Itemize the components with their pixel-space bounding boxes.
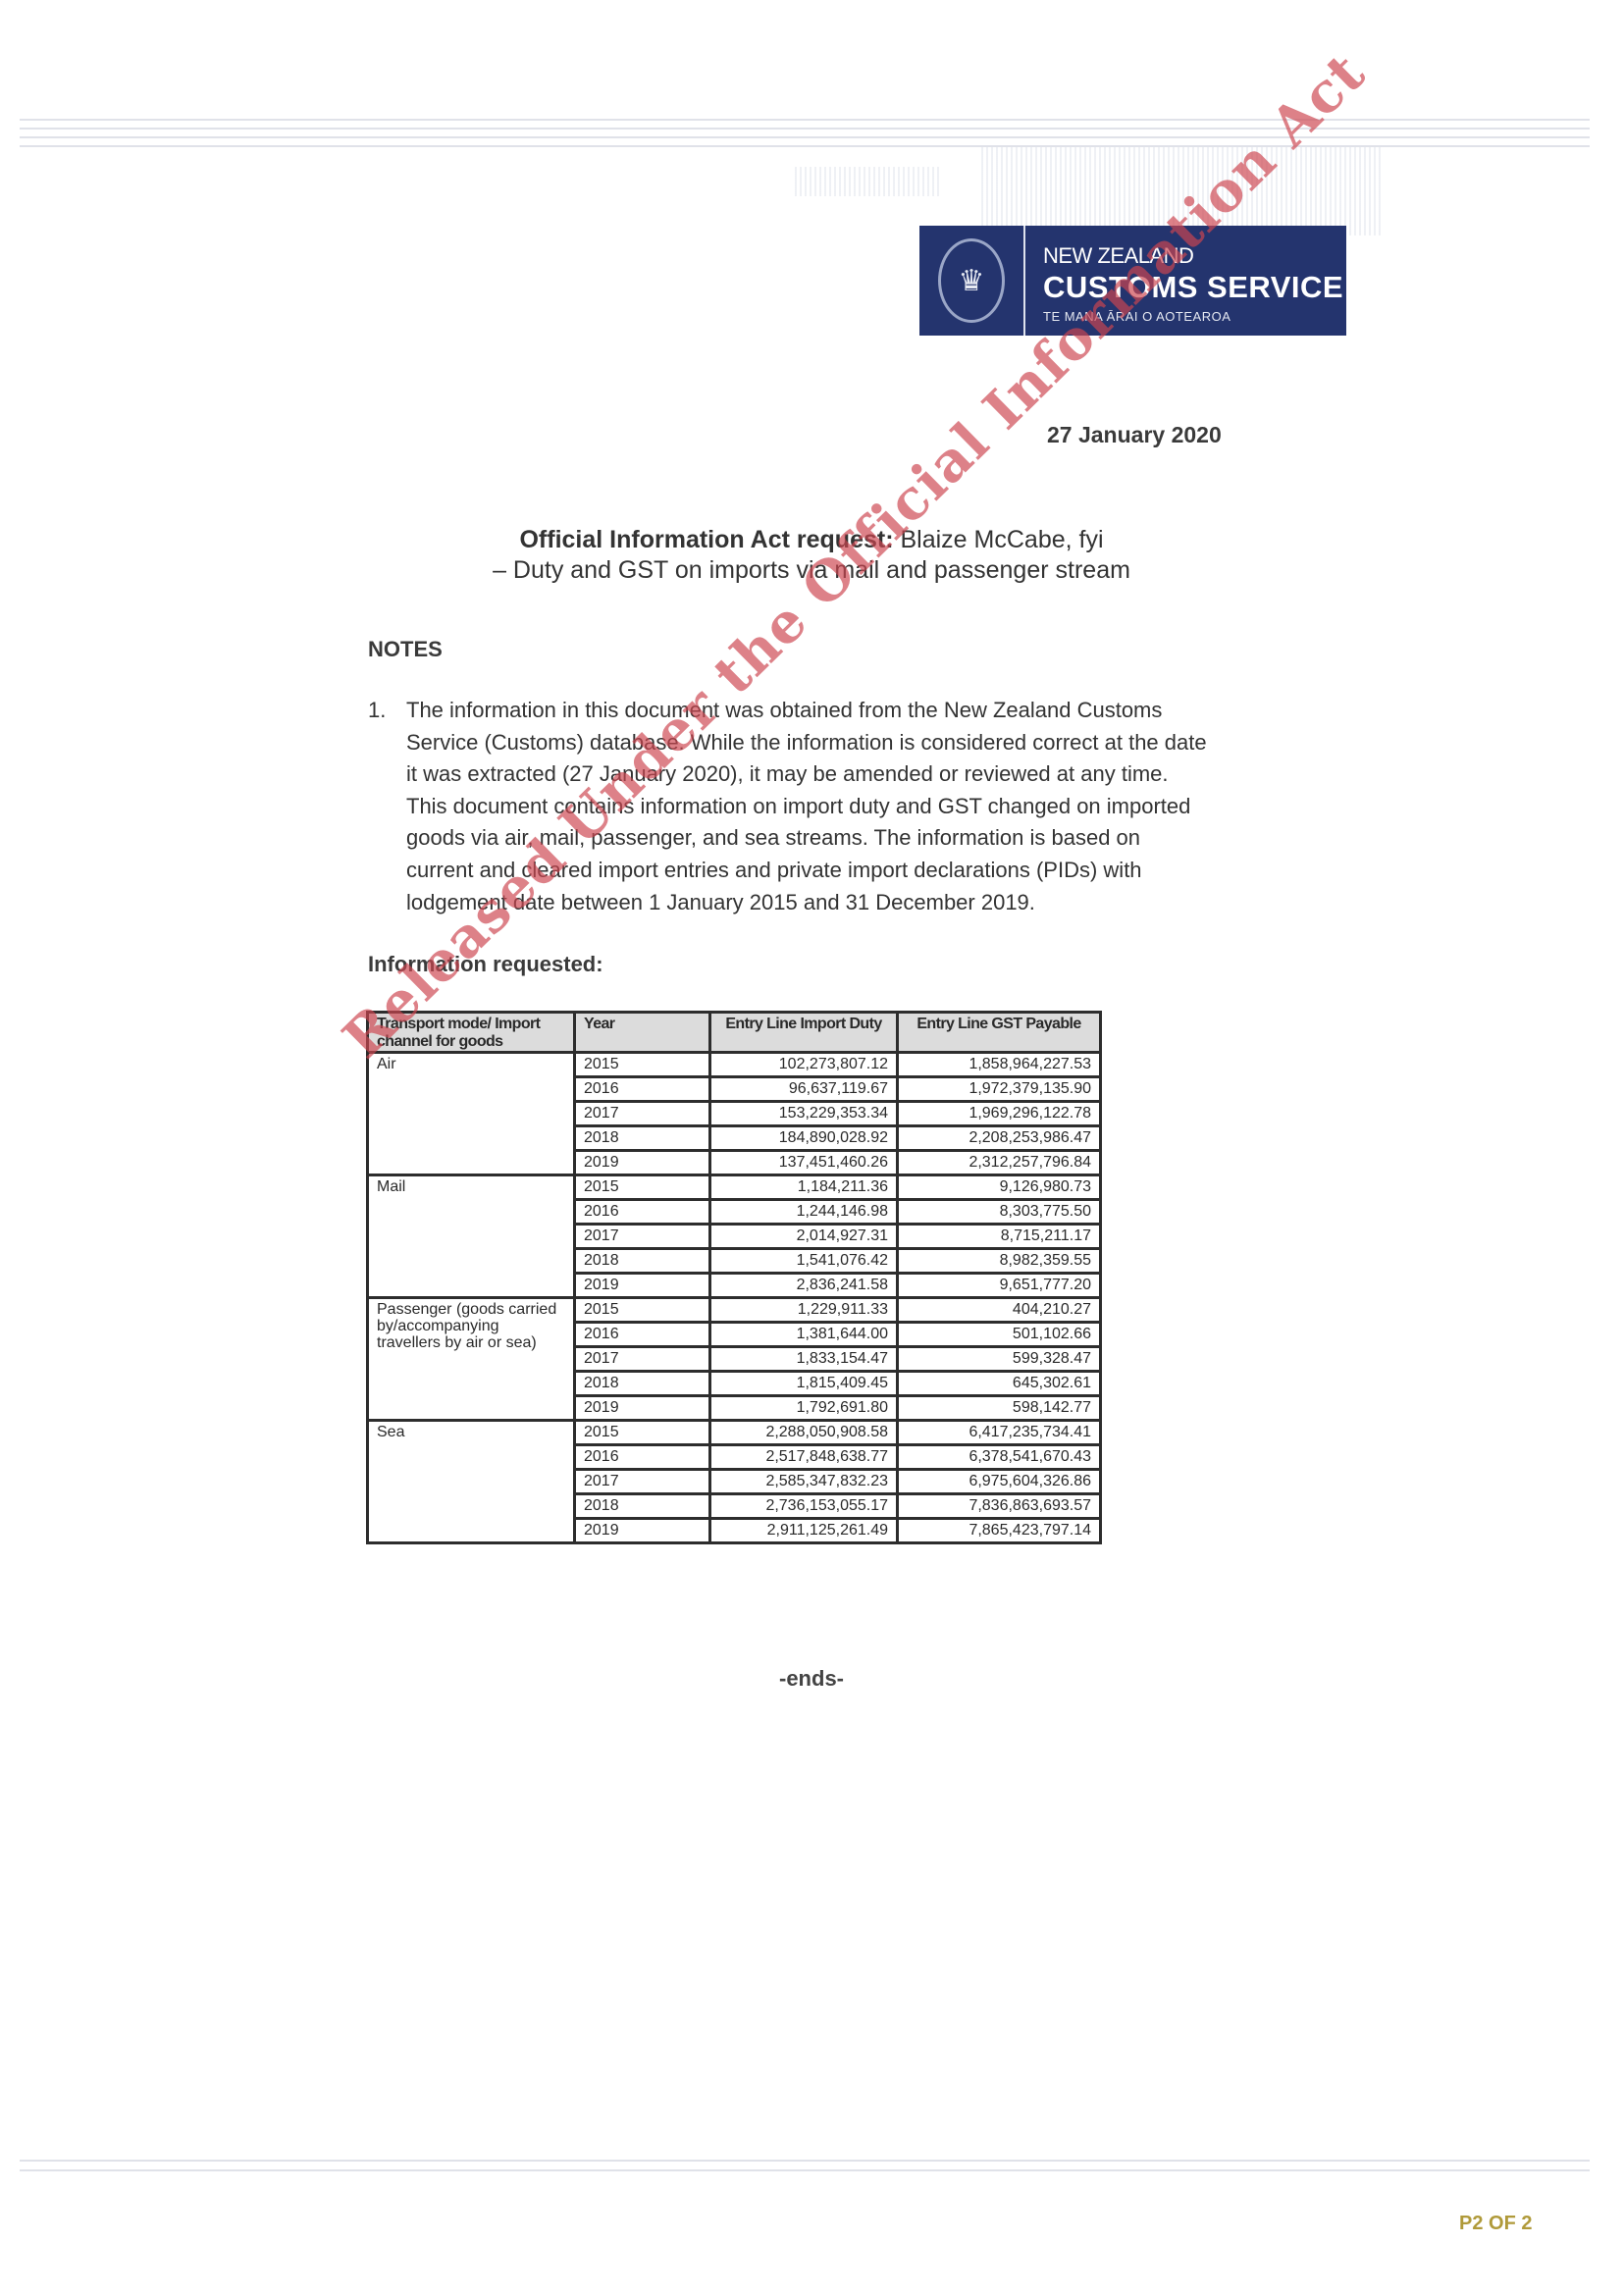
scan-artifact-line (20, 2160, 1590, 2162)
gst-payable-cell: 8,715,211.17 (898, 1225, 1101, 1249)
year-cell: 2016 (575, 1445, 710, 1470)
scan-artifact-line (20, 136, 1590, 138)
year-cell: 2019 (575, 1274, 710, 1298)
year-cell: 2016 (575, 1200, 710, 1225)
scan-artifact-line (20, 119, 1590, 121)
year-cell: 2015 (575, 1053, 710, 1077)
import-duty-cell: 184,890,028.92 (710, 1126, 898, 1151)
import-duty-cell: 1,815,409.45 (710, 1372, 898, 1396)
gst-payable-cell: 7,836,863,693.57 (898, 1494, 1101, 1519)
document-date: 27 January 2020 (1047, 422, 1222, 448)
year-cell: 2019 (575, 1396, 710, 1421)
year-cell: 2019 (575, 1519, 710, 1543)
gst-payable-cell: 404,210.27 (898, 1298, 1101, 1323)
document-title: Official Information Act request: Blaize… (0, 525, 1623, 586)
gst-payable-cell: 6,417,235,734.41 (898, 1421, 1101, 1445)
gst-payable-cell: 501,102.66 (898, 1323, 1101, 1347)
import-duty-cell: 96,637,119.67 (710, 1077, 898, 1102)
year-cell: 2016 (575, 1077, 710, 1102)
year-cell: 2019 (575, 1151, 710, 1175)
year-cell: 2016 (575, 1323, 710, 1347)
table-body: Air2015102,273,807.121,858,964,227.53201… (368, 1053, 1101, 1543)
year-cell: 2015 (575, 1421, 710, 1445)
table-row: Sea20152,288,050,908.586,417,235,734.41 (368, 1421, 1101, 1445)
gst-payable-cell: 6,378,541,670.43 (898, 1445, 1101, 1470)
year-cell: 2017 (575, 1225, 710, 1249)
gst-payable-cell: 599,328.47 (898, 1347, 1101, 1372)
table-row: Passenger (goods carried by/accompanying… (368, 1298, 1101, 1323)
ends-marker: -ends- (0, 1666, 1623, 1692)
title-line-2: – Duty and GST on imports via mail and p… (0, 555, 1623, 586)
import-duty-cell: 2,911,125,261.49 (710, 1519, 898, 1543)
transport-mode-cell: Mail (368, 1175, 575, 1298)
import-duty-cell: 2,585,347,832.23 (710, 1470, 898, 1494)
gst-payable-cell: 2,312,257,796.84 (898, 1151, 1101, 1175)
gst-payable-cell: 645,302.61 (898, 1372, 1101, 1396)
title-bold: Official Information Act request: (519, 526, 893, 553)
logo-line-3: TE MANA ĀRAI O AOTEAROA (1043, 309, 1343, 324)
gst-payable-cell: 9,651,777.20 (898, 1274, 1101, 1298)
notes-heading: NOTES (368, 637, 443, 662)
scan-smudge (795, 167, 942, 196)
year-cell: 2018 (575, 1494, 710, 1519)
transport-mode-cell: Air (368, 1053, 575, 1175)
note-text: The information in this document was obt… (406, 695, 1212, 918)
import-duty-cell: 1,184,211.36 (710, 1175, 898, 1200)
crest-container: ♛ (919, 226, 1025, 336)
table-row: Mail20151,184,211.369,126,980.73 (368, 1175, 1101, 1200)
import-duty-cell: 1,792,691.80 (710, 1396, 898, 1421)
gst-payable-cell: 6,975,604,326.86 (898, 1470, 1101, 1494)
page-number: P2 OF 2 (1459, 2213, 1532, 2235)
gst-payable-cell: 1,972,379,135.90 (898, 1077, 1101, 1102)
scan-artifact-line (20, 2169, 1590, 2171)
title-requester: Blaize McCabe, fyi (894, 526, 1104, 553)
table-header-row: Transport mode/ Import channel for goods… (368, 1013, 1101, 1053)
import-duty-cell: 1,229,911.33 (710, 1298, 898, 1323)
scan-artifact-line (20, 128, 1590, 130)
coat-of-arms-icon: ♛ (938, 238, 1005, 323)
gst-payable-cell: 7,865,423,797.14 (898, 1519, 1101, 1543)
logo-line-2: CUSTOMS SERVICE (1043, 270, 1343, 305)
header-gst-payable: Entry Line GST Payable (898, 1013, 1101, 1053)
scan-smudge (981, 147, 1384, 235)
year-cell: 2017 (575, 1347, 710, 1372)
duty-gst-table: Transport mode/ Import channel for goods… (366, 1011, 1102, 1544)
import-duty-cell: 1,244,146.98 (710, 1200, 898, 1225)
gst-payable-cell: 2,208,253,986.47 (898, 1126, 1101, 1151)
gst-payable-cell: 1,858,964,227.53 (898, 1053, 1101, 1077)
transport-mode-cell: Sea (368, 1421, 575, 1543)
import-duty-cell: 1,541,076.42 (710, 1249, 898, 1274)
title-line-1: Official Information Act request: Blaize… (0, 525, 1623, 555)
import-duty-cell: 2,836,241.58 (710, 1274, 898, 1298)
header-import-duty: Entry Line Import Duty (710, 1013, 898, 1053)
import-duty-cell: 137,451,460.26 (710, 1151, 898, 1175)
gst-payable-cell: 9,126,980.73 (898, 1175, 1101, 1200)
logo-line-1: NEW ZEALAND (1043, 243, 1343, 269)
gst-payable-cell: 8,303,775.50 (898, 1200, 1101, 1225)
import-duty-cell: 2,288,050,908.58 (710, 1421, 898, 1445)
transport-mode-cell: Passenger (goods carried by/accompanying… (368, 1298, 575, 1421)
year-cell: 2015 (575, 1298, 710, 1323)
logo-wordmark: NEW ZEALAND CUSTOMS SERVICE TE MANA ĀRAI… (1025, 226, 1343, 336)
note-item: 1. The information in this document was … (368, 695, 1212, 918)
year-cell: 2015 (575, 1175, 710, 1200)
header-year: Year (575, 1013, 710, 1053)
header-transport-mode: Transport mode/ Import channel for goods (368, 1013, 575, 1053)
year-cell: 2018 (575, 1126, 710, 1151)
information-requested-heading: Information requested: (368, 952, 603, 977)
import-duty-cell: 153,229,353.34 (710, 1102, 898, 1126)
year-cell: 2018 (575, 1249, 710, 1274)
note-number: 1. (368, 695, 386, 727)
import-duty-cell: 2,014,927.31 (710, 1225, 898, 1249)
import-duty-cell: 1,833,154.47 (710, 1347, 898, 1372)
year-cell: 2018 (575, 1372, 710, 1396)
year-cell: 2017 (575, 1470, 710, 1494)
year-cell: 2017 (575, 1102, 710, 1126)
gst-payable-cell: 8,982,359.55 (898, 1249, 1101, 1274)
import-duty-cell: 2,736,153,055.17 (710, 1494, 898, 1519)
customs-logo: ♛ NEW ZEALAND CUSTOMS SERVICE TE MANA ĀR… (919, 226, 1346, 336)
table-row: Air2015102,273,807.121,858,964,227.53 (368, 1053, 1101, 1077)
import-duty-cell: 2,517,848,638.77 (710, 1445, 898, 1470)
import-duty-cell: 102,273,807.12 (710, 1053, 898, 1077)
gst-payable-cell: 598,142.77 (898, 1396, 1101, 1421)
gst-payable-cell: 1,969,296,122.78 (898, 1102, 1101, 1126)
import-duty-cell: 1,381,644.00 (710, 1323, 898, 1347)
